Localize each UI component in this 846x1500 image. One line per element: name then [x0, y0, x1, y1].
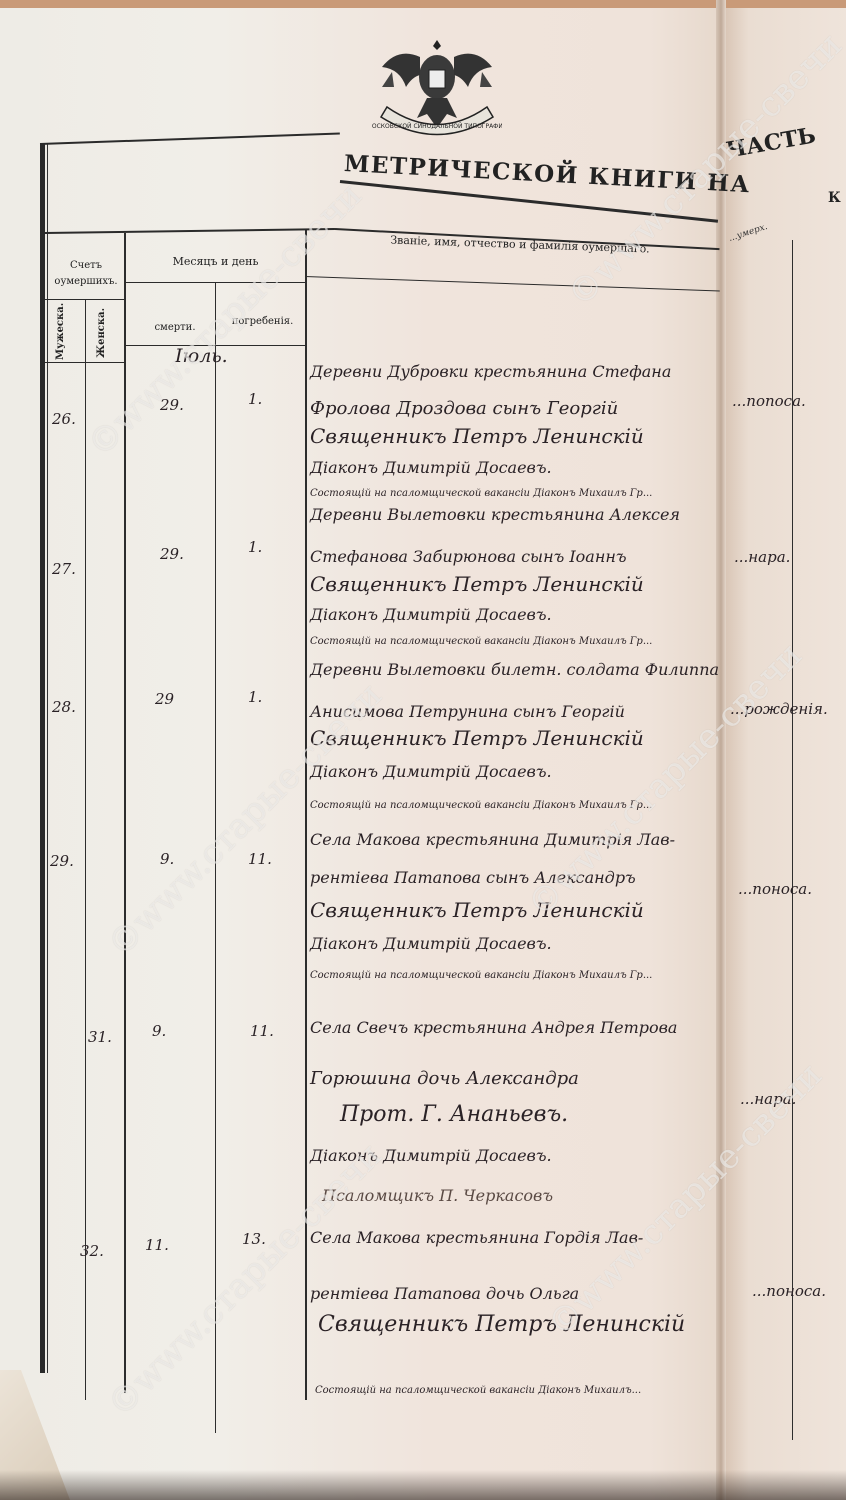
header-death: смерти.	[135, 322, 215, 333]
frame-border-left-inner	[47, 143, 48, 1373]
frame-border-left	[40, 143, 45, 1373]
entry-line: Деревни Вылетовки билетн. солдата Филипп…	[310, 660, 719, 679]
entry-line: Села Макова крестьянина Гордія Лав-	[310, 1228, 643, 1247]
row-male-count: 29.	[50, 852, 74, 870]
entry-line: Діаконъ Димитрій Досаевъ.	[310, 458, 552, 477]
right-page-header-letter: К	[828, 190, 841, 206]
left-page	[0, 0, 722, 1500]
entry-line: Священникъ Петръ Ленинскій	[310, 424, 644, 448]
col-divider-count-month	[124, 233, 126, 1393]
row-death-day: 9.	[152, 1022, 166, 1040]
row-burial-day: 1.	[248, 390, 262, 408]
entry-line: Состоящій на псаломщической вакансіи Діа…	[310, 636, 652, 647]
entry-line: Прот. Г. Ананьевъ.	[340, 1102, 568, 1127]
entry-line: Села Маковa крестьянина Димитрія Лав-	[310, 830, 675, 849]
cause-of-death: ...нара.	[734, 548, 790, 566]
entry-line: Горюшина дочь Александра	[310, 1068, 579, 1089]
entry-line: Священникъ Петръ Ленинскій	[318, 1312, 685, 1337]
right-page-col-divider	[792, 240, 793, 1440]
cause-of-death: ...рожденія.	[730, 700, 828, 718]
row-female-count: 31.	[88, 1028, 112, 1046]
entry-line: Псаломщикъ П. Черкасовъ	[322, 1186, 553, 1205]
double-headed-eagle-crest-icon: МОСКОВСКОЙ СИНОДАЛЬНОЙ ТИПОГРАФИИ	[372, 32, 502, 152]
row-death-day: 29	[155, 690, 174, 708]
cause-of-death: ...поноса.	[738, 880, 812, 898]
entry-line: Діаконъ Димитрій Досаевъ.	[310, 605, 552, 624]
cause-of-death: ...нара.	[740, 1090, 796, 1108]
entry-line: Священникъ Петръ Ленинскій	[310, 726, 644, 750]
entry-line: Діаконъ Димитрій Досаевъ.	[310, 762, 552, 781]
row-death-day: 9.	[160, 850, 174, 868]
row-death-day: 29.	[160, 545, 184, 563]
entry-line: Священникъ Петръ Ленинскій	[310, 898, 644, 922]
row-burial-day: 1.	[248, 538, 262, 556]
row-burial-day: 1.	[248, 688, 262, 706]
entry-line: рентіева Патапова сынъ Александръ	[310, 868, 636, 887]
entry-line: Діаконъ Димитрій Досаевъ.	[310, 1146, 552, 1165]
entry-line: Состоящій на псаломщической вакансіи Діа…	[310, 488, 652, 499]
col-divider-death-burial	[215, 283, 216, 1433]
col-divider-male-female	[85, 300, 86, 1400]
entry-line: Состоящій на псаломщической вакансіи Діа…	[310, 800, 652, 811]
svg-text:МОСКОВСКОЙ СИНОДАЛЬНОЙ ТИПОГРА: МОСКОВСКОЙ СИНОДАЛЬНОЙ ТИПОГРАФИИ	[372, 123, 502, 130]
header-count: Счетъ оумершихъ.	[50, 258, 122, 290]
entry-line: Священникъ Петръ Ленинскій	[310, 572, 644, 596]
col-divider-month-name	[305, 230, 307, 1400]
cause-of-death: ...попоса.	[732, 392, 806, 410]
row-male-count: 27.	[52, 560, 76, 578]
header-burial: погребенія.	[220, 316, 305, 327]
row-burial-day: 11.	[250, 1022, 274, 1040]
entry-line: Фролова Дроздова сынъ Георгій	[310, 398, 618, 419]
row-female-count: 32.	[80, 1242, 104, 1260]
header-month-day: Месяцъ и день	[128, 255, 303, 268]
entry-line: Діаконъ Димитрій Досаевъ.	[310, 934, 552, 953]
row-death-day: 11.	[145, 1236, 169, 1254]
row-burial-day: 11.	[248, 850, 272, 868]
row-death-day: 29.	[160, 396, 184, 414]
cause-of-death: ...поноса.	[752, 1282, 826, 1300]
entry-line: Деревни Дубровки крестьянина Стефана	[310, 362, 671, 381]
entry-line: Деревни Вылетовки крестьянина Алексея	[310, 505, 680, 524]
entry-line: Села Свечъ крестьянина Андрея Петрова	[310, 1018, 677, 1037]
row-male-count: 26.	[52, 410, 76, 428]
book-spine	[716, 0, 726, 1500]
entry-line: Состоящій на псаломщической вакансіи Діа…	[315, 1385, 641, 1396]
entry-line: Стефанова Забирюнова сынъ Іоаннъ	[310, 547, 627, 566]
row-male-count: 28.	[52, 698, 76, 716]
header-male: Мужеска.	[55, 305, 66, 360]
entry-line: Анисимова Петрунина сынъ Георгій	[310, 702, 625, 721]
row-burial-day: 13.	[242, 1230, 266, 1248]
month-label: Іюль.	[175, 345, 228, 367]
entry-line: рентіева Патапова дочь Ольга	[310, 1284, 579, 1303]
right-page	[722, 0, 846, 1500]
header-female: Женска.	[96, 305, 107, 360]
entry-line: Состоящій на псаломщической вакансіи Діа…	[310, 970, 652, 981]
bottom-shadow	[0, 1470, 846, 1500]
